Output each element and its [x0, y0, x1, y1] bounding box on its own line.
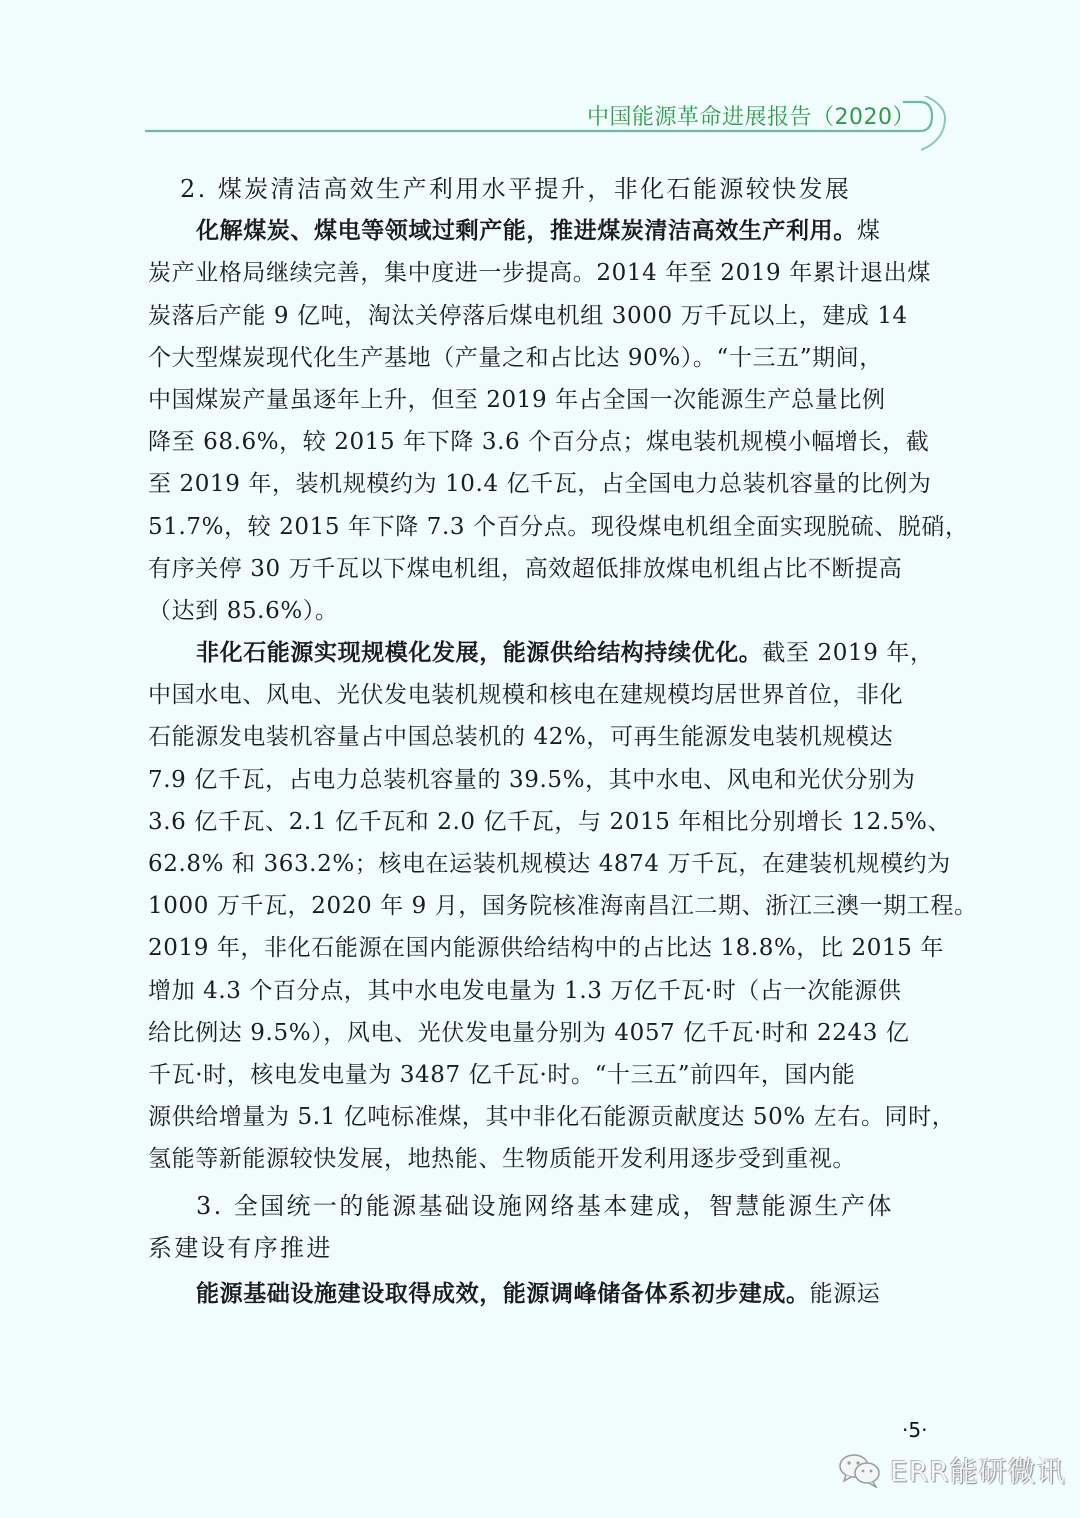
paragraph-lead: 能源基础设施建设取得成效，能源调峰储备体系初步建成。 [196, 1280, 810, 1307]
paragraph-line: 氢能等新能源较快发展，地热能、生物质能开发利用逐步受到重视。 [148, 1138, 938, 1180]
paragraph-line: 能源基础设施建设取得成效，能源调峰储备体系初步建成。能源运 [148, 1273, 938, 1315]
paragraph-line: 2019 年，非化石能源在国内能源供给结构中的占比达 18.8%，比 2015 … [148, 927, 938, 969]
page-number: ·5· [902, 1418, 927, 1442]
paragraph-line: 给比例达 9.5%），风电、光伏发电量分别为 4057 亿千瓦·时和 2243 … [148, 1012, 938, 1054]
paragraph-line: 51.7%，较 2015 年下降 7.3 个百分点。现役煤电机组全面实现脱硫、脱… [148, 506, 938, 548]
running-header: 中国能源革命进展报告（2020） [145, 96, 945, 156]
page-body: 2. 煤炭清洁高效生产利用水平提升，非化石能源较快发展 化解煤炭、煤电等领域过剩… [148, 168, 938, 1315]
paragraph-line: 中国水电、风电、光伏发电装机规模和核电在建规模均居世界首位，非化 [148, 674, 938, 716]
paragraph-line: 62.8% 和 363.2%；核电在运装机规模达 4874 万千瓦，在建装机规模… [148, 843, 938, 885]
paragraph-line: 石能源发电装机容量占中国总装机的 42%，可再生能源发电装机规模达 [148, 716, 938, 758]
paragraph-line: 有序关停 30 万千瓦以下煤电机组，高效超低排放煤电机组占比不断提高 [148, 548, 938, 590]
paragraph-line: 中国煤炭产量虽逐年上升，但至 2019 年占全国一次能源生产总量比例 [148, 379, 938, 421]
paragraph-line: 降至 68.6%，较 2015 年下降 3.6 个百分点；煤电装机规模小幅增长，… [148, 421, 938, 463]
wechat-icon [838, 1452, 882, 1488]
paragraph-lead: 非化石能源实现规模化发展，能源供给结构持续优化。 [196, 639, 762, 666]
paragraph-line: 化解煤炭、煤电等领域过剩产能，推进煤炭清洁高效生产利用。煤 [148, 210, 938, 252]
paragraph-line: （达到 85.6%）。 [148, 590, 938, 632]
paragraph-line: 非化石能源实现规模化发展，能源供给结构持续优化。截至 2019 年， [148, 632, 938, 674]
section-heading-3: 3. 全国统一的能源基础设施网络基本建成，智慧能源生产体 [148, 1185, 938, 1227]
paragraph-line: 炭落后产能 9 亿吨，淘汰关停落后煤电机组 3000 万千瓦以上，建成 14 [148, 295, 938, 337]
paragraph-line: 炭产业格局继续完善，集中度进一步提高。2014 年至 2019 年累计退出煤 [148, 252, 938, 294]
paragraph-line: 个大型煤炭现代化生产基地（产量之和占比达 90%）。“十三五”期间， [148, 337, 938, 379]
paragraph-line: 千瓦·时，核电发电量为 3487 亿千瓦·时。“十三五”前四年，国内能 [148, 1054, 938, 1096]
paragraph-line: 增加 4.3 个百分点，其中水电发电量为 1.3 万亿千瓦·时（占一次能源供 [148, 970, 938, 1012]
report-title: 中国能源革命进展报告（2020） [587, 100, 915, 131]
section-heading-2: 2. 煤炭清洁高效生产利用水平提升，非化石能源较快发展 [148, 168, 938, 210]
section-heading-3-cont: 系建设有序推进 [148, 1227, 938, 1269]
watermark: ERR能研微讯 [838, 1450, 1066, 1490]
paragraph-line: 源供给增量为 5.1 亿吨标准煤，其中非化石能源贡献度达 50% 左右。同时， [148, 1096, 938, 1138]
paragraph-line: 3.6 亿千瓦、2.1 亿千瓦和 2.0 亿千瓦，与 2015 年相比分别增长 … [148, 801, 938, 843]
paragraph-lead: 化解煤炭、煤电等领域过剩产能，推进煤炭清洁高效生产利用。 [196, 217, 857, 244]
paragraph-line: 7.9 亿千瓦，占电力总装机容量的 39.5%，其中水电、风电和光伏分别为 [148, 759, 938, 801]
paragraph-line: 至 2019 年，装机规模约为 10.4 亿千瓦，占全国电力总装机容量的比例为 [148, 463, 938, 505]
watermark-text: ERR能研微讯 [890, 1450, 1066, 1490]
paragraph-line: 1000 万千瓦，2020 年 9 月，国务院核准海南昌江二期、浙江三澳一期工程… [148, 885, 938, 927]
